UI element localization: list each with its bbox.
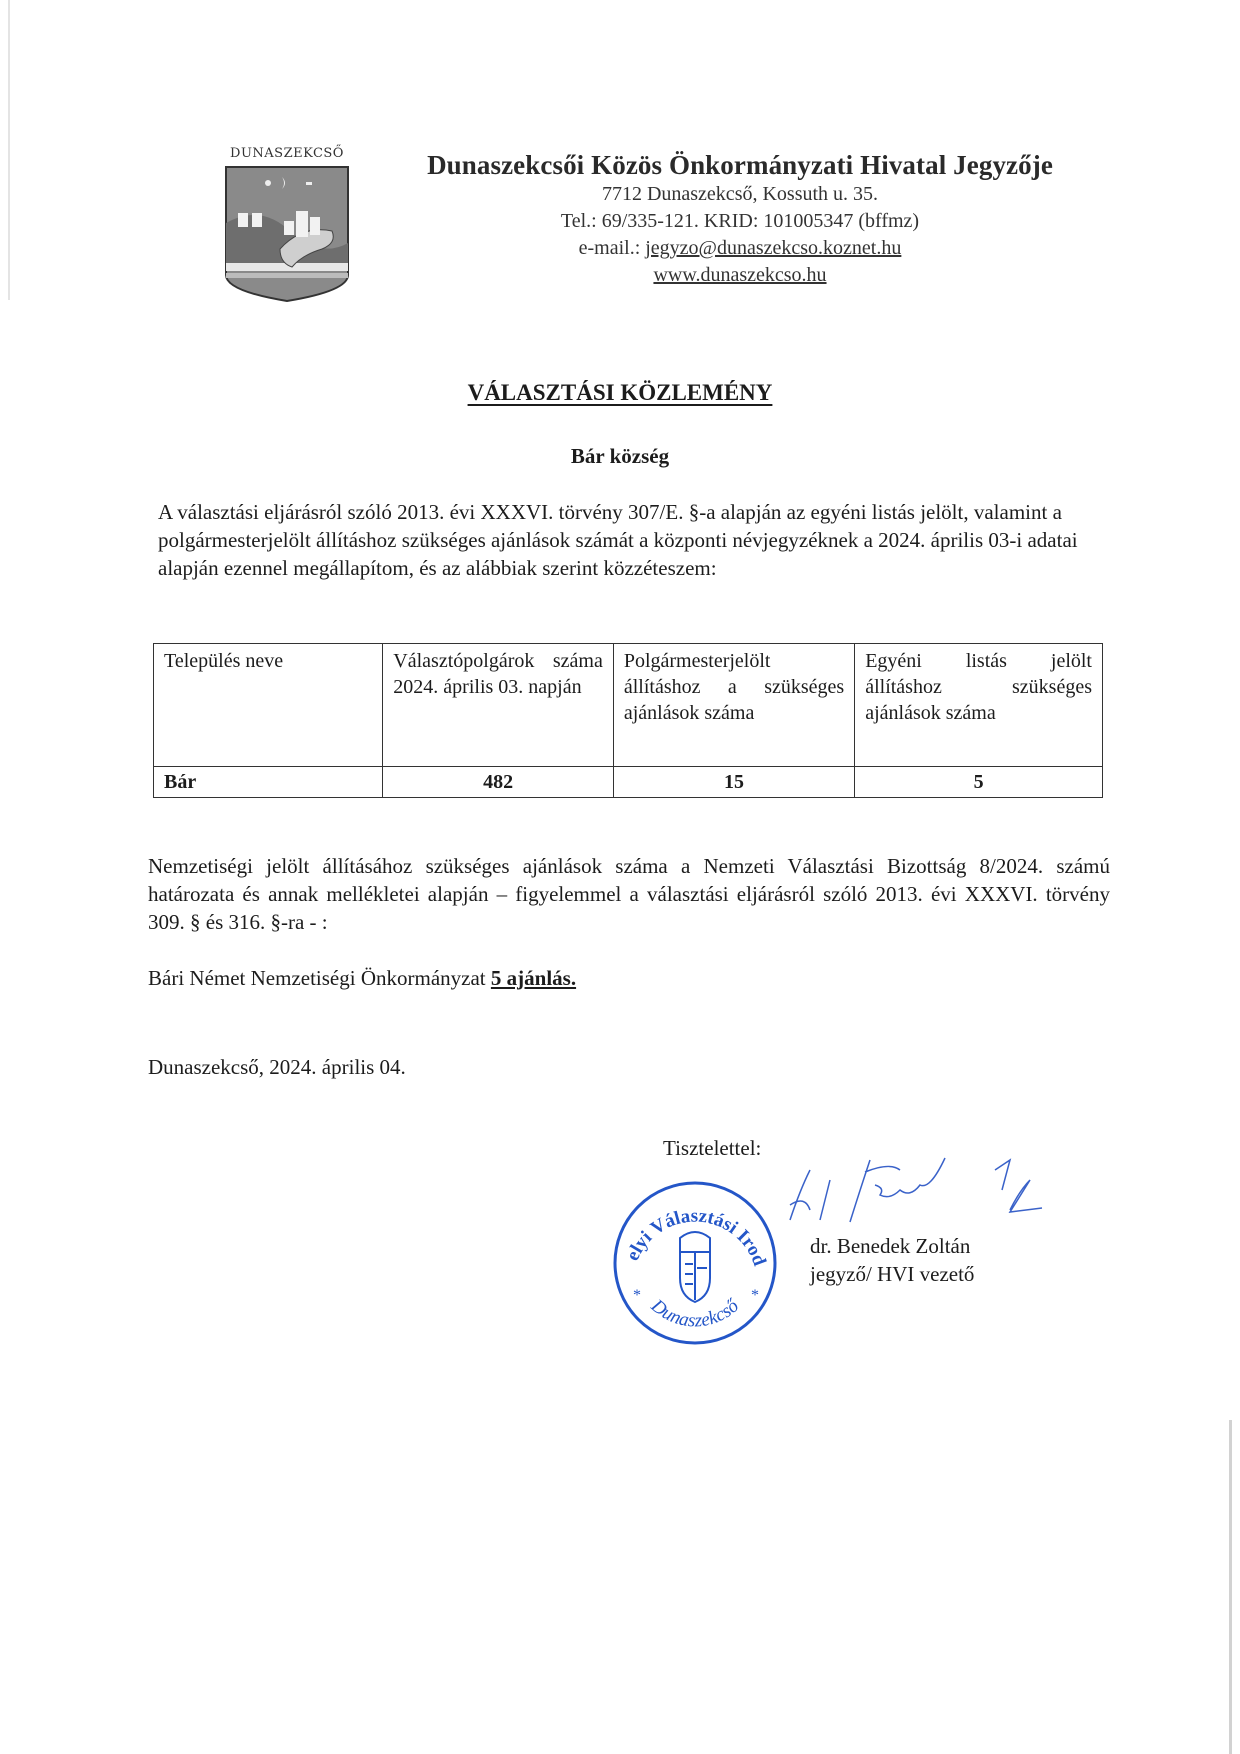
scan-edge-right — [1229, 1420, 1232, 1754]
nationality-entity: Bári Német Nemzetiségi Önkormányzat — [148, 966, 491, 990]
document-title-text: VÁLASZTÁSI KÖZLEMÉNY — [468, 380, 773, 405]
signer-name: dr. Benedek Zoltán — [810, 1232, 974, 1260]
intro-paragraph: A választási eljárásról szóló 2013. évi … — [158, 498, 1118, 582]
signer-block: dr. Benedek Zoltán jegyző/ HVI vezető — [810, 1232, 974, 1288]
header-mayor-recommendations: Polgármesterjelölt állításhoz a szüksége… — [613, 644, 854, 767]
email-label: e-mail.: — [579, 237, 646, 259]
coat-of-arms-icon — [222, 163, 352, 303]
document-subtitle: Bár község — [0, 444, 1240, 469]
cell-settlement: Bár — [154, 767, 383, 798]
table-header-row: Település neve Választópolgárok száma 20… — [154, 644, 1103, 767]
document-title: VÁLASZTÁSI KÖZLEMÉNY — [0, 380, 1240, 406]
signature-icon — [770, 1150, 1070, 1230]
header-voters: Választópolgárok száma 2024. április 03.… — [383, 644, 614, 767]
municipal-crest: DUNASZEKCSŐ — [222, 146, 352, 303]
svg-text:*: * — [751, 1287, 759, 1304]
cell-list-recommendations: 5 — [855, 767, 1103, 798]
crest-label: DUNASZEKCSŐ — [222, 146, 352, 161]
place-date: Dunaszekcső, 2024. április 04. — [148, 1055, 406, 1080]
svg-text:*: * — [633, 1287, 641, 1304]
header-list-recommendations: Egyéni listás jelölt állításhoz szüksége… — [855, 644, 1103, 767]
phone-krid: Tel.: 69/335-121. KRID: 101005347 (bffmz… — [390, 208, 1090, 235]
organization-name: Dunaszekcsői Közös Önkormányzati Hivatal… — [390, 150, 1090, 181]
address: 7712 Dunaszekcső, Kossuth u. 35. — [390, 181, 1090, 208]
svg-text:Dunaszekcső: Dunaszekcső — [646, 1295, 744, 1332]
official-stamp: Helyi Választási Iroda Dunaszekcső * * — [605, 1168, 785, 1353]
stamp-icon: Helyi Választási Iroda Dunaszekcső * * — [605, 1168, 785, 1348]
handwritten-signature — [770, 1150, 1070, 1235]
email-line: e-mail.: jegyzo@dunaszekcso.koznet.hu — [390, 235, 1090, 262]
recommendations-table: Település neve Választópolgárok száma 20… — [153, 643, 1103, 798]
email-link[interactable]: jegyzo@dunaszekcso.koznet.hu — [645, 237, 901, 259]
nationality-count: 5 ajánlás. — [491, 966, 576, 990]
cell-mayor-recommendations: 15 — [613, 767, 854, 798]
letterhead: Dunaszekcsői Közös Önkormányzati Hivatal… — [390, 150, 1090, 289]
nationality-result: Bári Német Nemzetiségi Önkormányzat 5 aj… — [148, 966, 576, 991]
signer-title: jegyző/ HVI vezető — [810, 1260, 974, 1288]
scan-edge-left — [8, 0, 10, 300]
cell-voters: 482 — [383, 767, 614, 798]
website-link[interactable]: www.dunaszekcso.hu — [653, 264, 826, 286]
website-line: www.dunaszekcso.hu — [390, 262, 1090, 289]
header-settlement: Település neve — [154, 644, 383, 767]
greeting: Tisztelettel: — [663, 1136, 761, 1161]
table-row: Bár 482 15 5 — [154, 767, 1103, 798]
nationality-paragraph: Nemzetiségi jelölt állításához szükséges… — [148, 852, 1110, 936]
